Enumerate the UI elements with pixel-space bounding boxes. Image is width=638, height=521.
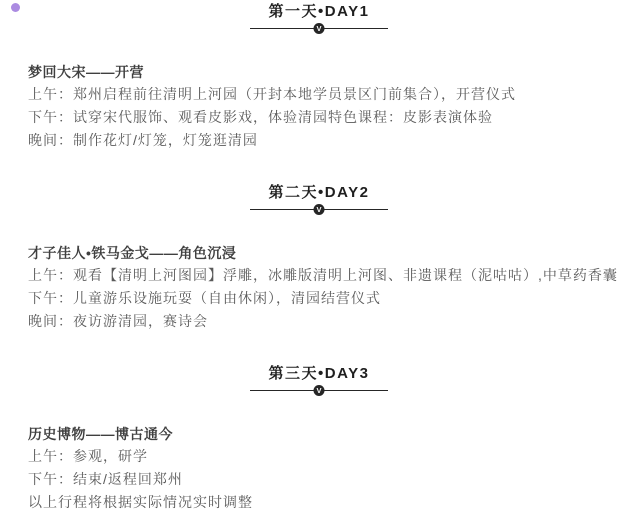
day-3-body: 历史博物——博古通今 上午：参观，研学 下午：结束/返程回郑州 以上行程将根据实… <box>0 427 638 510</box>
itinerary-line: 晚间：制作花灯/灯笼，灯笼逛清园 <box>28 133 638 148</box>
accent-dot-icon <box>11 3 20 12</box>
itinerary-line: 下午：儿童游乐设施玩耍（自由休闲），清园结营仪式 <box>28 291 638 306</box>
itinerary-line: 上午：观看【清明上河图园】浮雕，冰雕版清明上河图、非遗课程（泥咕咕）,中草药香囊 <box>28 268 638 283</box>
day-2-body: 才子佳人•铁马金戈——角色沉浸 上午：观看【清明上河图园】浮雕，冰雕版清明上河图… <box>0 246 638 329</box>
chevron-down-icon: V <box>314 23 325 34</box>
day-block-1: 第一天•DAY1 V 梦回大宋——开营 上午：郑州启程前往清明上河园（开封本地学… <box>0 4 638 148</box>
itinerary-line: 上午：参观，研学 <box>28 449 638 464</box>
day-3-header: 第三天•DAY3 <box>0 366 638 381</box>
chevron-down-icon: V <box>314 385 325 396</box>
day-block-2: 第二天•DAY2 V 才子佳人•铁马金戈——角色沉浸 上午：观看【清明上河图园】… <box>0 185 638 329</box>
day-2-divider: V <box>250 204 388 215</box>
day-1-header: 第一天•DAY1 <box>0 4 638 19</box>
itinerary-line: 下午：试穿宋代服饰、观看皮影戏，体验清园特色课程：皮影表演体验 <box>28 110 638 125</box>
day-1-divider: V <box>250 23 388 34</box>
day-block-3: 第三天•DAY3 V 历史博物——博古通今 上午：参观，研学 下午：结束/返程回… <box>0 366 638 510</box>
itinerary-article-page: 第一天•DAY1 V 梦回大宋——开营 上午：郑州启程前往清明上河园（开封本地学… <box>0 0 638 521</box>
day-2-header: 第二天•DAY2 <box>0 185 638 200</box>
day-3-section-title: 历史博物——博古通今 <box>28 427 638 442</box>
day-1-section-title: 梦回大宋——开营 <box>28 65 638 80</box>
day-3-divider: V <box>250 385 388 396</box>
itinerary-line: 上午：郑州启程前往清明上河园（开封本地学员景区门前集合），开营仪式 <box>28 87 638 102</box>
footer-note: 以上行程将根据实际情况实时调整 <box>28 495 638 510</box>
itinerary-line: 晚间：夜访游清园，赛诗会 <box>28 314 638 329</box>
day-2-section-title: 才子佳人•铁马金戈——角色沉浸 <box>28 246 638 261</box>
itinerary-line: 下午：结束/返程回郑州 <box>28 472 638 487</box>
day-1-body: 梦回大宋——开营 上午：郑州启程前往清明上河园（开封本地学员景区门前集合），开营… <box>0 65 638 148</box>
chevron-down-icon: V <box>314 204 325 215</box>
